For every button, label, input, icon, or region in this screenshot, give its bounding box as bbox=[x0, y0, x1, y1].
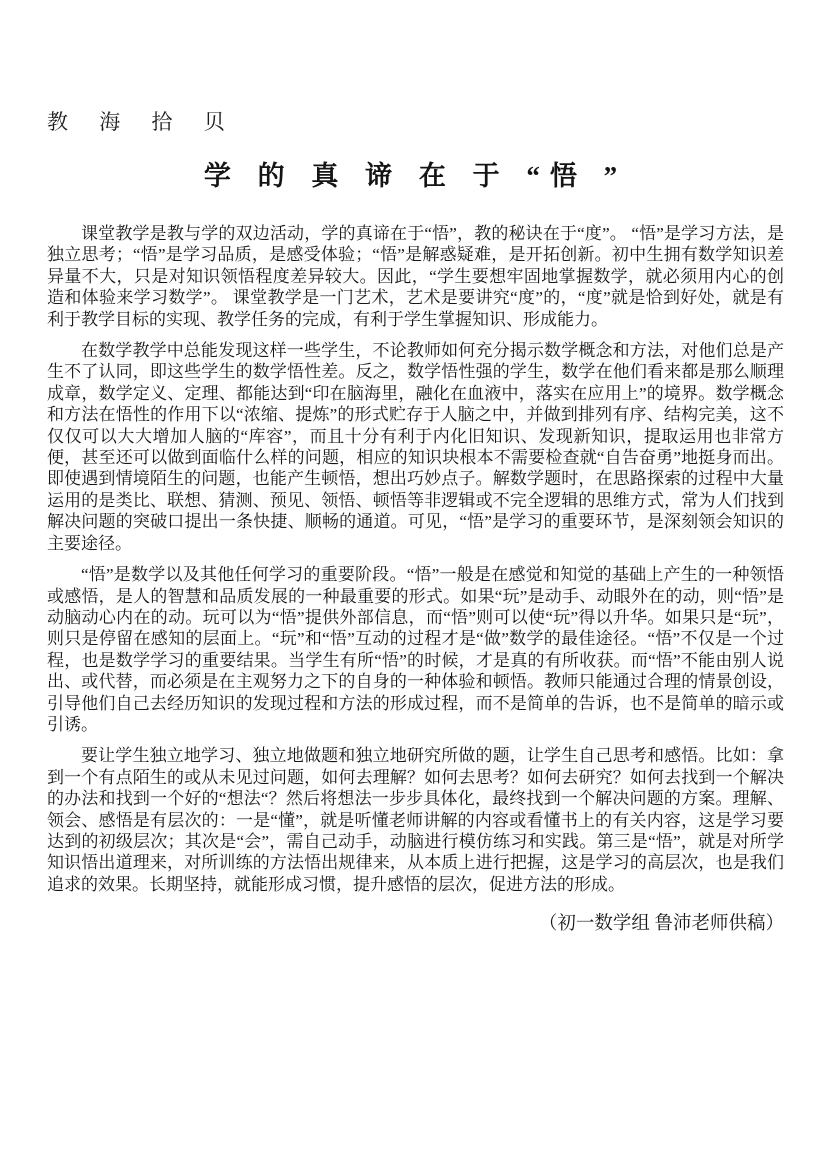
article-title: 学 的 真 谛 在 于 “悟 ” bbox=[47, 154, 784, 193]
paragraph-3: “悟”是数学以及其他任何学习的重要阶段。“悟”一般是在感觉和知觉的基础上产生的一… bbox=[47, 564, 784, 735]
paragraph-1: 课堂教学是教与学的双边活动，学的真谛在于“悟”，教的秘诀在于“度”。 “悟”是学… bbox=[47, 223, 784, 330]
paragraph-2: 在数学教学中总能发现这样一些学生，不论教师如何充分揭示数学概念和方法，对他们总是… bbox=[47, 340, 784, 554]
article-body: 课堂教学是教与学的双边活动，学的真谛在于“悟”，教的秘诀在于“度”。 “悟”是学… bbox=[47, 223, 784, 895]
document-content: 教 海 拾 贝 学 的 真 谛 在 于 “悟 ” 课堂教学是教与学的双边活动，学… bbox=[47, 0, 784, 935]
document-page: 教 海 拾 贝 学 的 真 谛 在 于 “悟 ” 课堂教学是教与学的双边活动，学… bbox=[0, 0, 829, 1169]
paragraph-4: 要让学生独立地学习、独立地做题和独立地研究所做的题，让学生自己思考和感悟。比如：… bbox=[47, 745, 784, 895]
column-header: 教 海 拾 贝 bbox=[47, 106, 784, 136]
author-attribution: （初一数学组 鲁沛老师供稿） bbox=[47, 909, 784, 935]
